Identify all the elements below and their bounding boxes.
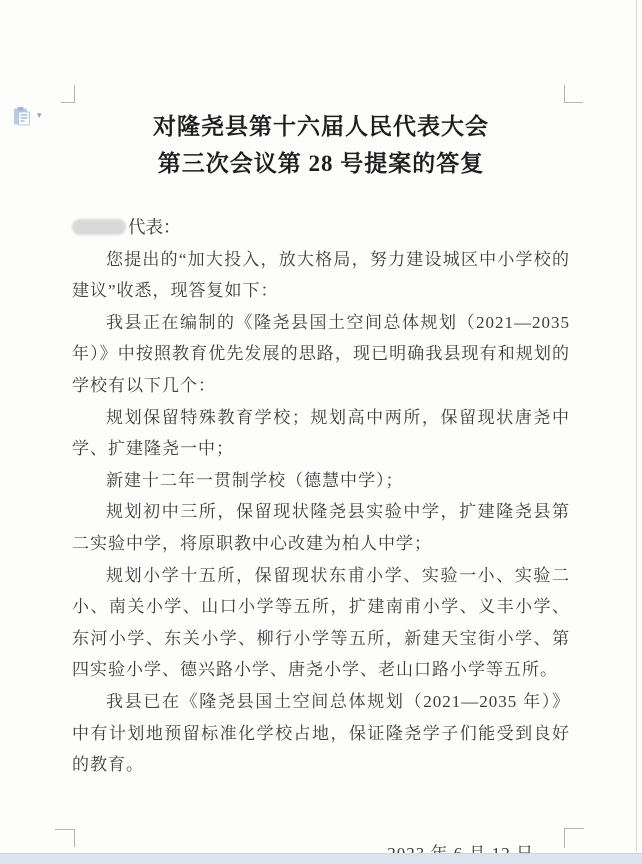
dropdown-arrow-icon[interactable]: ▾ — [37, 112, 42, 121]
document-page: ▾ 对隆尧县第十六届人民代表大会 第三次会议第 28 号提案的答复 代表： 您提… — [0, 0, 642, 864]
letter-title: 对隆尧县第十六届人民代表大会 第三次会议第 28 号提案的答复 — [72, 108, 570, 182]
paragraph-4: 新建十二年一贯制学校（德慧中学）； — [72, 465, 570, 497]
salutation-line: 代表： — [72, 212, 570, 244]
paste-options-button[interactable]: ▾ — [12, 106, 42, 127]
paragraph-7: 我县已在《隆尧县国土空间总体规划（2021—2035 年）》中有计划地预留标准化… — [72, 686, 570, 781]
paragraph-2: 我县正在编制的《隆尧县国土空间总体规划（2021—2035 年）》中按照教育优先… — [72, 307, 570, 402]
window-bottom-strip — [0, 853, 642, 864]
page-edge-line — [636, 0, 637, 853]
redaction-overlay — [72, 219, 126, 235]
paste-options-icon — [12, 106, 32, 127]
paragraph-3: 规划保留特殊教育学校；规划高中两所，保留现状唐尧中学、扩建隆尧一中； — [72, 402, 570, 465]
letter-body: 对隆尧县第十六届人民代表大会 第三次会议第 28 号提案的答复 代表： 您提出的… — [72, 0, 570, 864]
paragraph-1: 您提出的“加大投入，放大格局，努力建设城区中小学校的建议”收悉，现答复如下： — [72, 244, 570, 307]
title-line-1: 对隆尧县第十六届人民代表大会 — [72, 108, 570, 145]
paragraph-6: 规划小学十五所，保留现状东甫小学、实验一小、实验二小、南关小学、山口小学等五所，… — [72, 560, 570, 686]
salutation-text: 代表： — [128, 217, 181, 237]
paragraph-5: 规划初中三所，保留现状隆尧县实验中学，扩建隆尧县第二实验中学，将原职教中心改建为… — [72, 496, 570, 559]
title-line-2: 第三次会议第 28 号提案的答复 — [72, 145, 570, 182]
